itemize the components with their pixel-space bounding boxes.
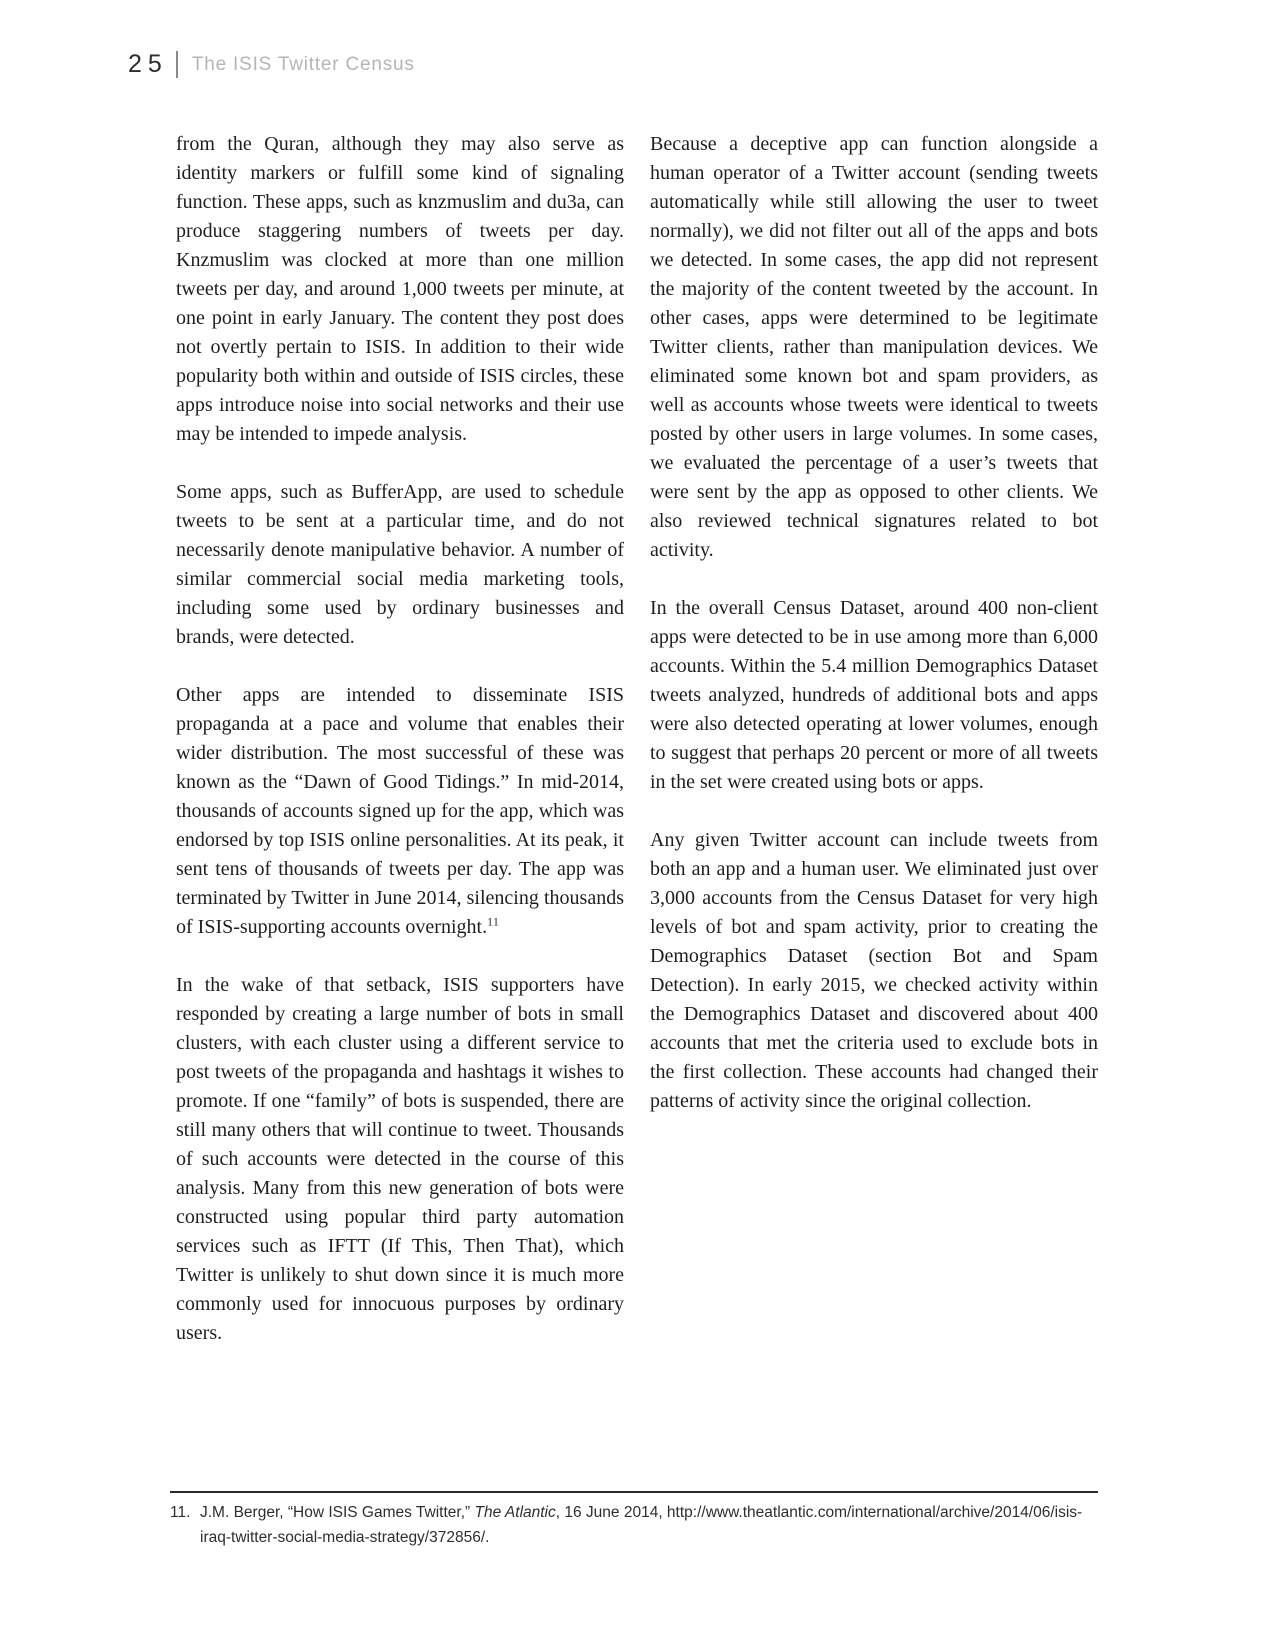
- report-page: 25 The ISIS Twitter Census from the Qura…: [0, 0, 1275, 1650]
- page-header: 25 The ISIS Twitter Census: [128, 48, 415, 80]
- paragraph-bufferapp: Some apps, such as BufferApp, are used t…: [176, 478, 624, 652]
- running-title: The ISIS Twitter Census: [192, 55, 415, 74]
- footnote-area: 11. J.M. Berger, “How ISIS Games Twitter…: [170, 1491, 1098, 1550]
- footnote-marker: 11.: [170, 1500, 200, 1550]
- paragraph-quran-apps: from the Quran, although they may also s…: [176, 130, 624, 449]
- paragraph-dawn-of-good-tidings: Other apps are intended to disseminate I…: [176, 681, 624, 942]
- footnote-citation: J.M. Berger, “How ISIS Games Twitter,” T…: [200, 1500, 1098, 1550]
- column-right: Because a deceptive app can function alo…: [650, 130, 1098, 1348]
- citation-source-title: The Atlantic: [474, 1504, 555, 1521]
- paragraph-bot-clusters: In the wake of that setback, ISIS suppor…: [176, 971, 624, 1348]
- column-left: from the Quran, although they may also s…: [176, 130, 624, 1348]
- footnote-ref-11: 11: [487, 915, 499, 928]
- paragraph-bot-elimination: Any given Twitter account can include tw…: [650, 826, 1098, 1116]
- paragraph-text: Other apps are intended to disseminate I…: [176, 684, 624, 938]
- footnote-11: 11. J.M. Berger, “How ISIS Games Twitter…: [170, 1500, 1098, 1550]
- paragraph-census-dataset-apps: In the overall Census Dataset, around 40…: [650, 594, 1098, 797]
- citation-prefix: J.M. Berger, “How ISIS Games Twitter,”: [200, 1504, 474, 1521]
- page-body: from the Quran, although they may also s…: [176, 130, 1098, 1348]
- paragraph-deceptive-apps: Because a deceptive app can function alo…: [650, 130, 1098, 565]
- page-number: 25: [128, 52, 168, 77]
- header-divider: [176, 51, 178, 78]
